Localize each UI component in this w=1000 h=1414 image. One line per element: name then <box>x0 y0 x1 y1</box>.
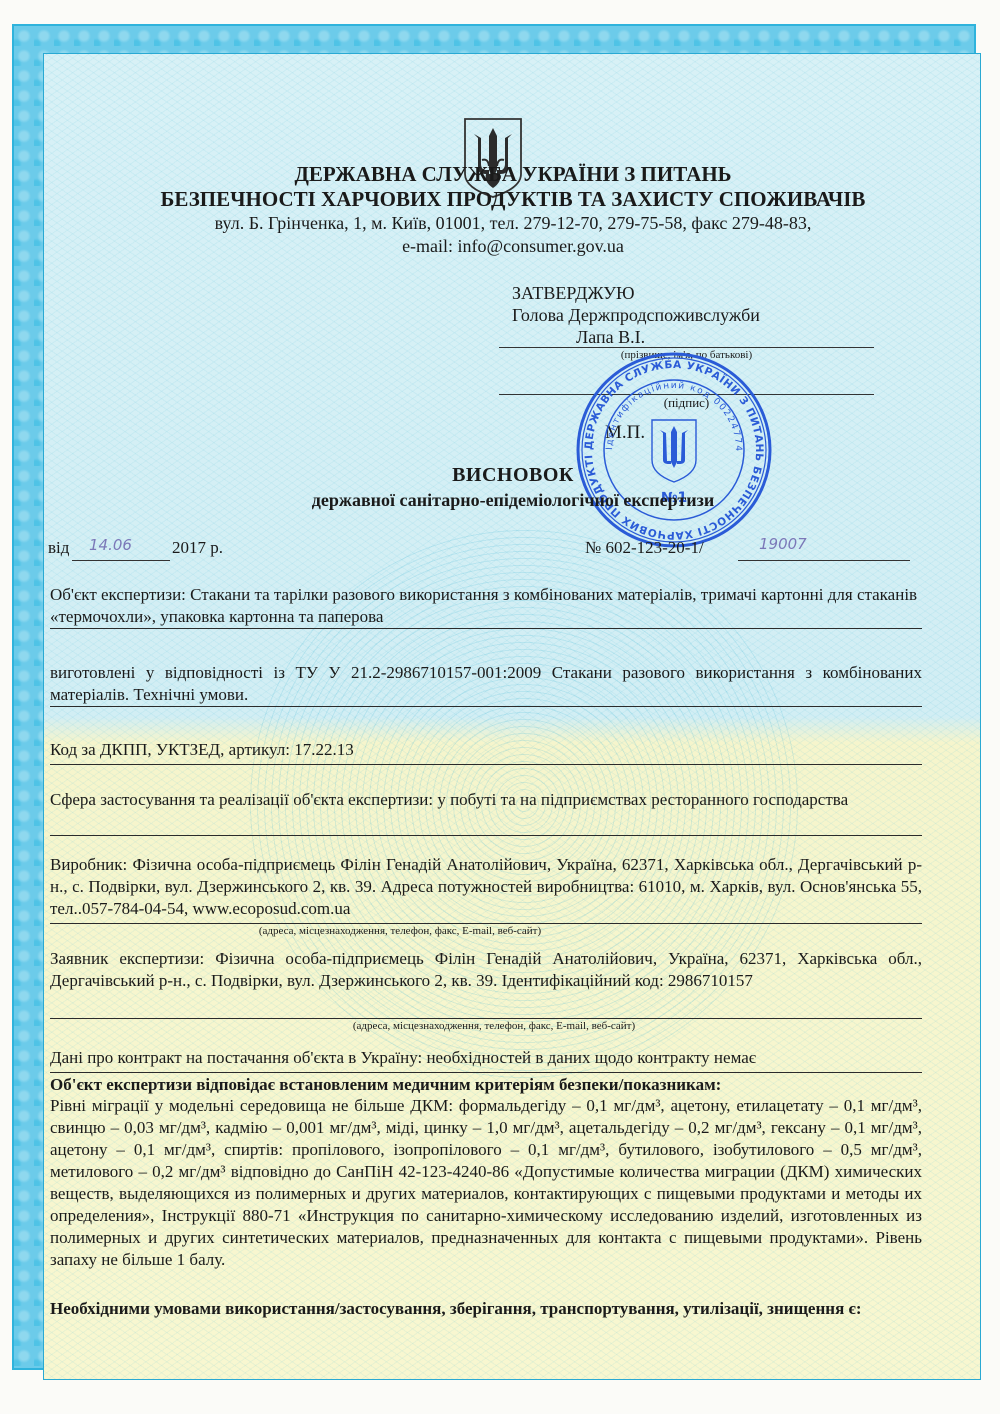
compliance-body: Рівні міграції у модельні середовища не … <box>50 1095 922 1271</box>
document-subtitle: державної санітарно-епідеміологічної екс… <box>44 490 981 511</box>
date-underline <box>72 560 170 561</box>
org-title-line-1: ДЕРЖАВНА СЛУЖБА УКРАЇНИ З ПИТАНЬ <box>44 162 981 187</box>
date-prefix: від <box>48 538 69 558</box>
divider <box>50 1018 922 1019</box>
applicant-caption: (адреса, місцезнаходження, телефон, факс… <box>144 1020 844 1032</box>
object-of-expertise: Об'єкт експертизи: Стакани та тарілки ра… <box>50 584 922 628</box>
org-address-line-2: e-mail: info@consumer.gov.ua <box>44 235 981 258</box>
manufactured-per-spec: виготовлені у відповідності із ТУ У 21.2… <box>50 662 922 706</box>
approval-label: ЗАТВЕРДЖУЮ <box>512 282 634 304</box>
compliance-heading: Об'єкт експертизи відповідає встановлени… <box>50 1074 922 1096</box>
org-address-line-1: вул. Б. Грінченка, 1, м. Київ, 01001, те… <box>44 212 981 235</box>
contract-data: Дані про контракт на постачання об'єкта … <box>50 1047 922 1069</box>
document-number-prefix: № 602-123-20-1/ <box>585 538 704 558</box>
name-underline <box>499 347 874 348</box>
divider <box>50 923 922 924</box>
date-handwritten: 14.06 <box>89 536 132 554</box>
certificate-page: ДЕРЖАВНА СЛУЖБА УКРАЇНИ З ПИТАНЬ БЕЗПЕЧН… <box>43 53 981 1380</box>
applicant: Заявник експертизи: Фізична особа-підпри… <box>50 948 922 992</box>
divider <box>50 1072 922 1073</box>
divider <box>50 706 922 707</box>
divider <box>50 628 922 629</box>
manufacturer: Виробник: Фізична особа-підприємець Філі… <box>50 854 922 920</box>
divider <box>50 764 922 765</box>
org-title-line-2: БЕЗПЕЧНОСТІ ХАРЧОВИХ ПРОДУКТІВ ТА ЗАХИСТ… <box>44 187 981 212</box>
application-scope: Сфера застосування та реалізації об'єкта… <box>50 789 922 811</box>
date-year: 2017 р. <box>172 538 223 558</box>
approval-position: Голова Держпродспоживслужби <box>512 304 760 326</box>
conditions-heading: Необхідними умовами використання/застосу… <box>50 1298 922 1320</box>
manufacturer-caption: (адреса, місцезнаходження, телефон, факс… <box>50 925 750 937</box>
official-round-seal-icon: ДЕРЖАВНА СЛУЖБА УКРАЇНИ З ПИТАНЬ БЕЗПЕЧН… <box>574 350 774 550</box>
product-code: Код за ДКПП, УКТЗЕД, артикул: 17.22.13 <box>50 739 922 761</box>
document-title: ВИСНОВОК <box>44 464 981 487</box>
divider <box>50 835 922 836</box>
number-underline <box>738 560 910 561</box>
document-number-handwritten: 19007 <box>759 535 807 553</box>
approval-name: Лапа В.І. <box>576 326 645 348</box>
